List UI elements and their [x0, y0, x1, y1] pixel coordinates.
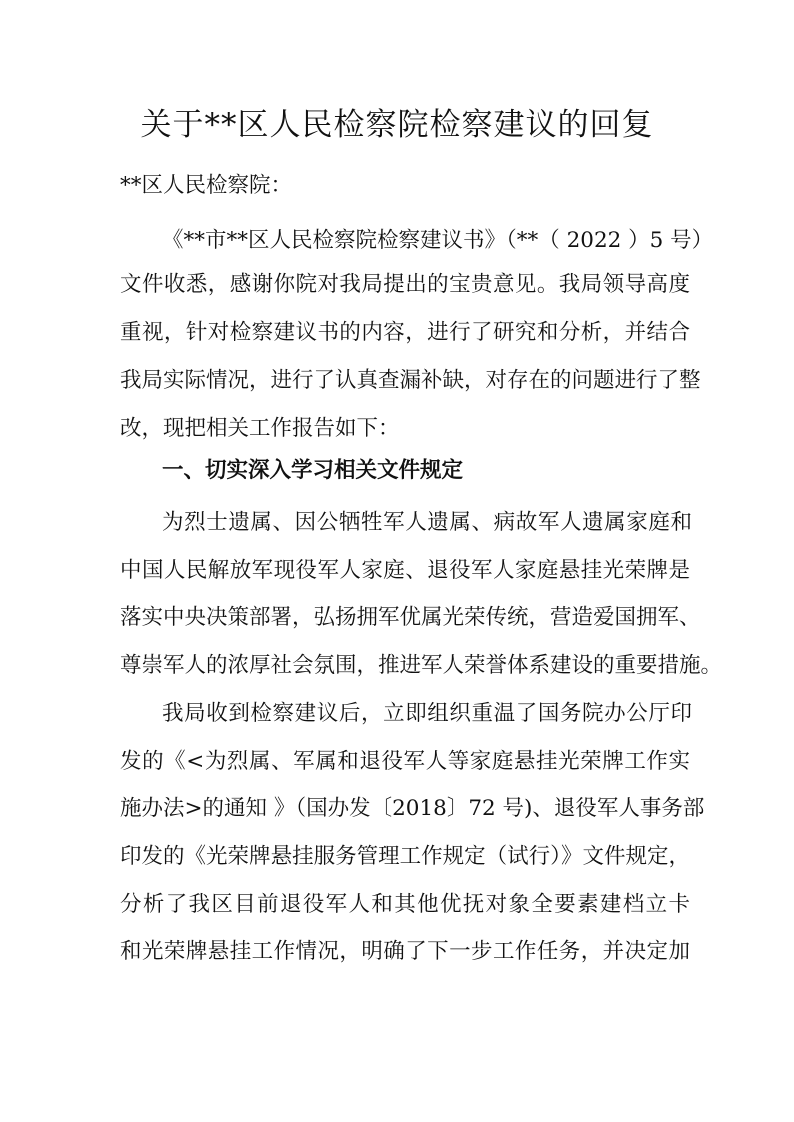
- section1-p2-line-5: 分析了我区目前退役军人和其他优抚对象全要素建档立卡: [120, 890, 690, 920]
- intro-line-1: 《**市**区人民检察院检察建议书》（**（ 2022 ）5 号）: [162, 226, 692, 256]
- intro-line-5: 改，现把相关工作报告如下：: [120, 414, 690, 444]
- section1-p2-line-2: 发的《<为烈属、军属和退役军人等家庭悬挂光荣牌工作实: [120, 747, 690, 777]
- section1-p1-line-1: 为烈士遗属、因公牺牲军人遗属、病故军人遗属家庭和: [162, 508, 692, 538]
- section1-p1-line-4: 尊崇军人的浓厚社会氛围，推进军人荣誉体系建设的重要措施。: [120, 651, 690, 681]
- section-heading-1: 一、切实深入学习相关文件规定: [162, 456, 463, 486]
- document-page: 关于**区人民检察院检察建议的回复 **区人民检察院： 《**市**区人民检察院…: [0, 0, 794, 1122]
- section1-p1-line-3: 落实中央决策部署，弘扬拥军优属光荣传统，营造爱国拥军、: [120, 603, 690, 633]
- section1-p1-line-2: 中国人民解放军现役军人家庭、退役军人家庭悬挂光荣牌是: [120, 556, 690, 586]
- intro-line-3: 重视，针对检察建议书的内容，进行了研究和分析，并结合: [120, 318, 690, 348]
- document-title: 关于**区人民检察院检察建议的回复: [0, 103, 794, 147]
- section1-p2-line-1: 我局收到检察建议后，立即组织重温了国务院办公厅印: [162, 699, 692, 729]
- section1-p2-line-4: 印发的《光荣牌悬挂服务管理工作规定（试行）》文件规定，: [120, 842, 690, 872]
- intro-line-4: 我局实际情况，进行了认真查漏补缺，对存在的问题进行了整: [120, 366, 690, 396]
- salutation: **区人民检察院：: [120, 171, 690, 201]
- section1-p2-line-3: 施办法>的通知 》（国办发〔2018〕72 号)、退役军人事务部: [120, 794, 690, 824]
- intro-line-2: 文件收悉，感谢你院对我局提出的宝贵意见。我局领导高度: [120, 270, 690, 300]
- section1-p2-line-6: 和光荣牌悬挂工作情况，明确了下一步工作任务，并决定加: [120, 937, 690, 967]
